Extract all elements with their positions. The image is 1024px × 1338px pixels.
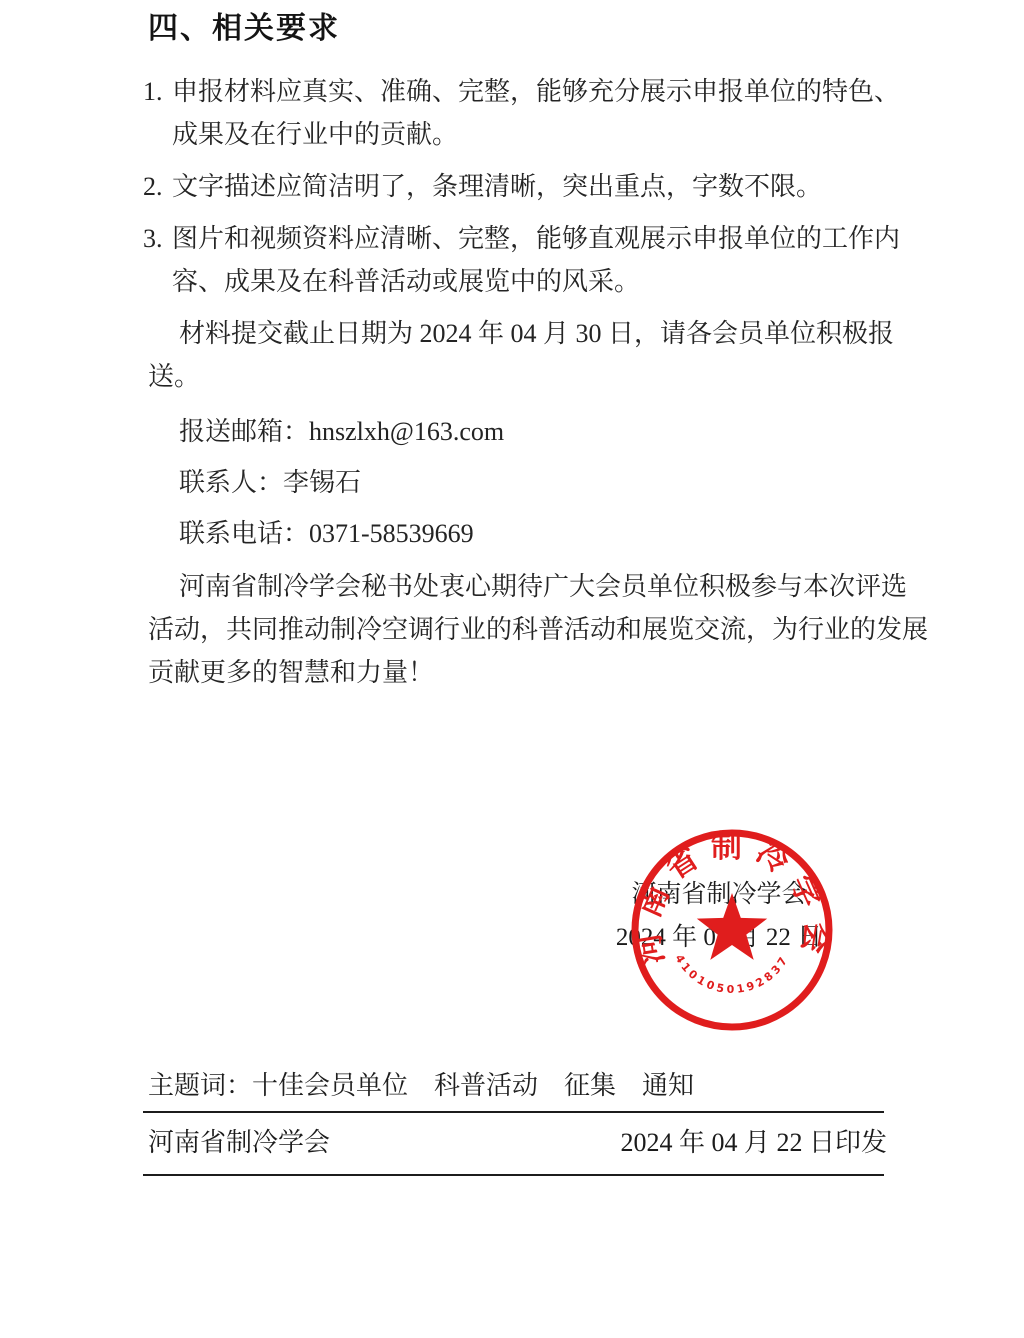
- subject-terms: 十佳会员单位 科普活动 征集 通知: [252, 1071, 694, 1100]
- svg-text:4101050192837: 4101050192837: [672, 952, 791, 996]
- contact-phone-line: 联系电话：0371-58539669: [148, 512, 960, 555]
- document-body: 四、相关要求 1. 申报材料应真实、准确、完整，能够充分展示申报单位的特色、 成…: [148, 10, 960, 702]
- footer-divider-bottom: [143, 1174, 884, 1176]
- list-item-number: 1.: [143, 70, 163, 113]
- official-seal: 河南省制冷学会 4101050192837: [626, 824, 838, 1036]
- deadline-paragraph: 材料提交截止日期为 2024 年 04 月 30 日，请各会员单位积极报 送。: [148, 312, 960, 398]
- footer-divider-top: [143, 1111, 884, 1113]
- email-line: 报送邮箱：hnszlxh@163.com: [148, 410, 960, 453]
- list-item-number: 3.: [143, 217, 163, 260]
- list-item-number: 2.: [143, 165, 163, 208]
- list-item-text: 文字描述应简洁明了，条理清晰，突出重点，字数不限。: [172, 165, 960, 208]
- footer-issuer-row: 河南省制冷学会 2024 年 04 月 22 日印发: [148, 1126, 887, 1160]
- section-heading: 四、相关要求: [148, 10, 960, 48]
- subject-label: 主题词：: [148, 1070, 252, 1100]
- subject-keywords-row: 主题词：十佳会员单位 科普活动 征集 通知: [148, 1068, 887, 1103]
- requirements-list: 1. 申报材料应真实、准确、完整，能够充分展示申报单位的特色、 成果及在行业中的…: [148, 70, 960, 303]
- seal-serial-number: 4101050192837: [672, 952, 791, 996]
- contact-person-line: 联系人：李锡石: [148, 461, 960, 504]
- list-item: 2. 文字描述应简洁明了，条理清晰，突出重点，字数不限。: [148, 165, 960, 208]
- list-item-text: 图片和视频资料应清晰、完整，能够直观展示申报单位的工作内 容、成果及在科普活动或…: [172, 217, 960, 303]
- seal-star-icon: [697, 893, 767, 960]
- document-page: 四、相关要求 1. 申报材料应真实、准确、完整，能够充分展示申报单位的特色、 成…: [0, 0, 1024, 1338]
- list-item: 1. 申报材料应真实、准确、完整，能够充分展示申报单位的特色、 成果及在行业中的…: [148, 70, 960, 156]
- footer-issuer: 河南省制冷学会: [148, 1126, 330, 1160]
- list-item: 3. 图片和视频资料应清晰、完整，能够直观展示申报单位的工作内 容、成果及在科普…: [148, 217, 960, 303]
- list-item-text: 申报材料应真实、准确、完整，能够充分展示申报单位的特色、 成果及在行业中的贡献。: [172, 70, 960, 156]
- closing-paragraph: 河南省制冷学会秘书处衷心期待广大会员单位积极参与本次评选 活动，共同推动制冷空调…: [148, 565, 960, 694]
- footer-print-date: 2024 年 04 月 22 日印发: [620, 1126, 887, 1160]
